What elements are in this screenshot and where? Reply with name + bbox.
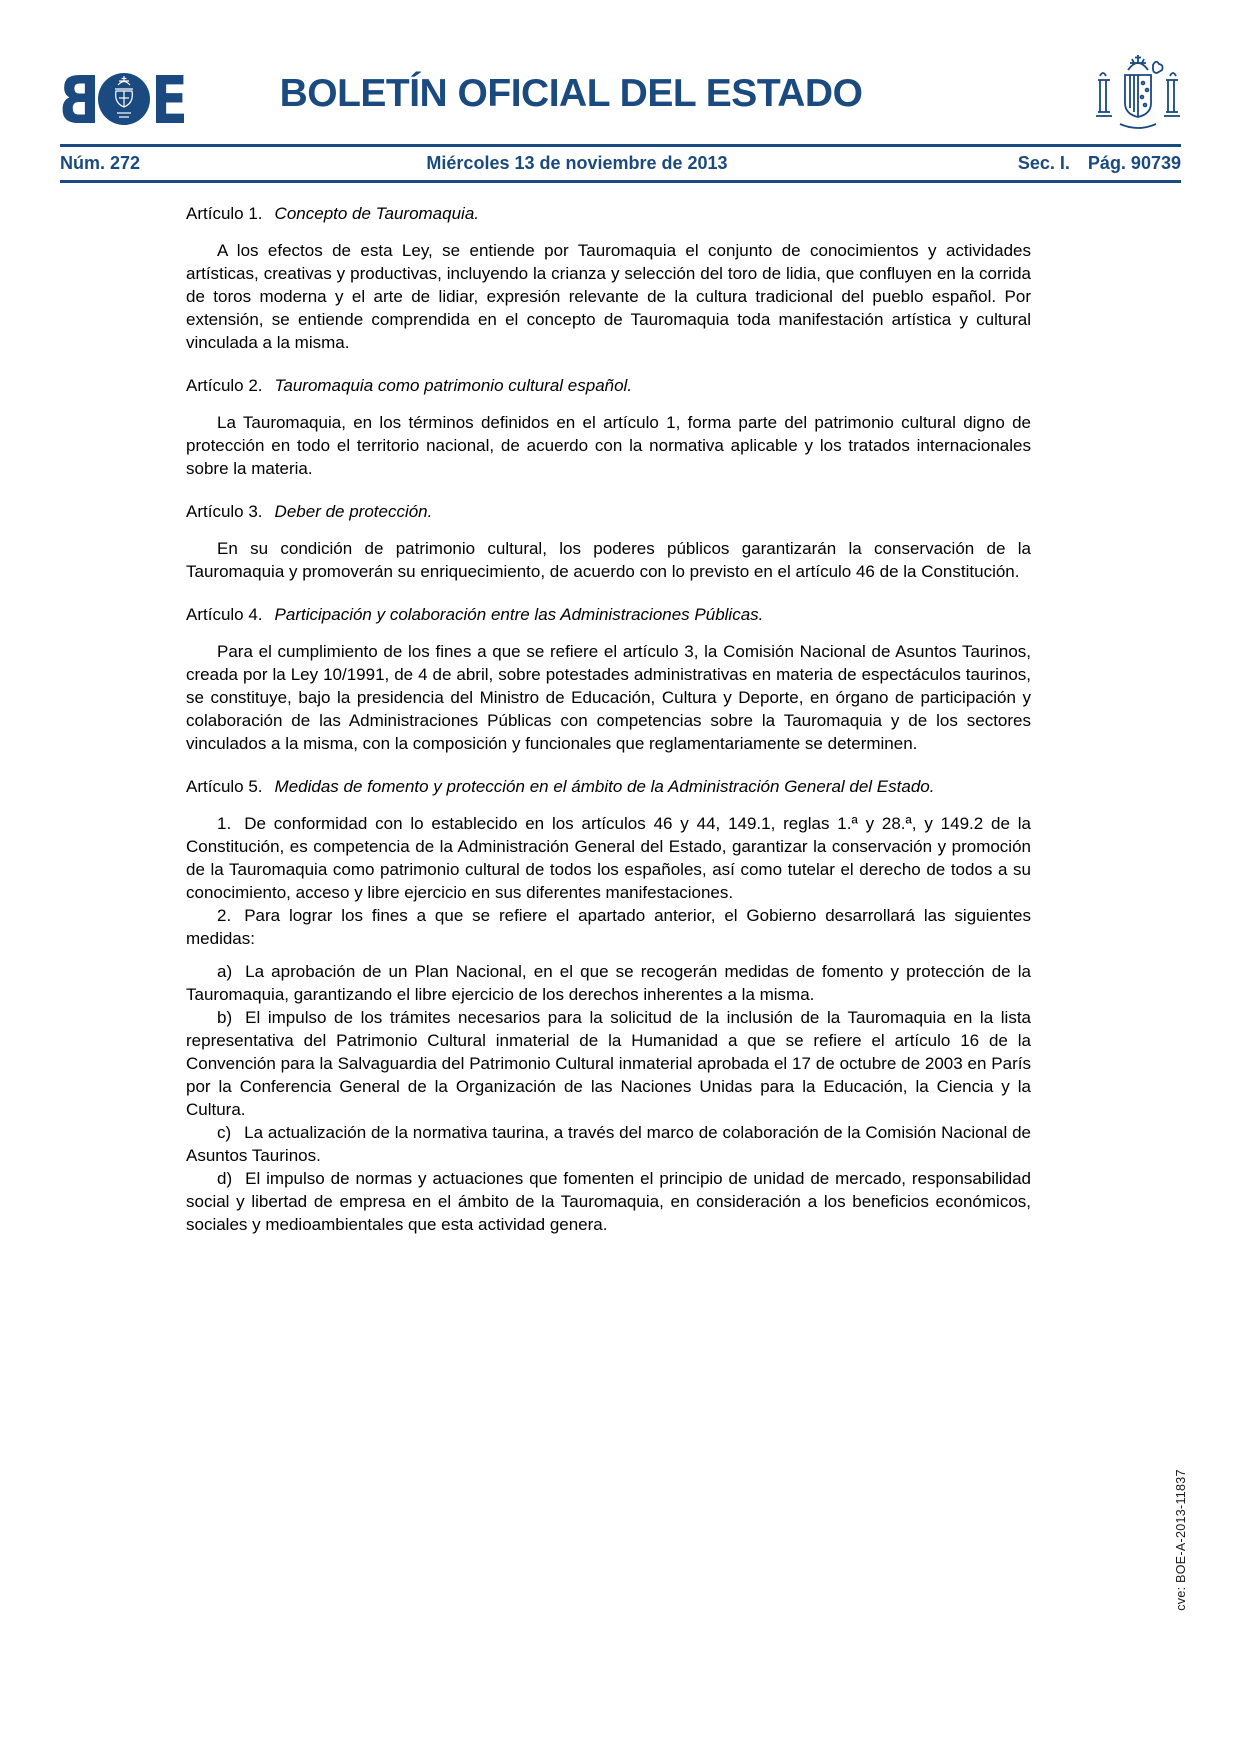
article-heading: Artículo 1.Concepto de Tauromaquia. xyxy=(186,202,1031,225)
masthead: B E BOLETÍN OFICIAL DEL ESTADO xyxy=(0,0,1240,190)
article-4: Artículo 4.Participación y colaboración … xyxy=(186,603,1031,755)
article-2: Artículo 2.Tauromaquia como patrimonio c… xyxy=(186,374,1031,480)
article-heading: Artículo 3.Deber de protección. xyxy=(186,500,1031,523)
spain-coat-of-arms-icon xyxy=(1090,52,1186,136)
lettered-paragraph-a: a)La aprobación de un Plan Nacional, en … xyxy=(186,960,1031,1006)
paragraph-label: 1. xyxy=(217,814,231,833)
header-rule-top xyxy=(60,144,1181,147)
article-heading: Artículo 4.Participación y colaboración … xyxy=(186,603,1031,626)
article-number: Artículo 3. xyxy=(186,502,263,521)
paragraph-text: El impulso de normas y actuaciones que f… xyxy=(186,1169,1031,1234)
issue-date: Miércoles 13 de noviembre de 2013 xyxy=(426,149,727,178)
article-5: Artículo 5.Medidas de fomento y protecci… xyxy=(186,775,1031,1236)
cve-code: cve: BOE-A-2013-11837 xyxy=(1174,1460,1188,1620)
lettered-paragraph-d: d)El impulso de normas y actuaciones que… xyxy=(186,1167,1031,1236)
section-label: Sec. I. xyxy=(1018,153,1070,173)
article-heading: Artículo 5.Medidas de fomento y protecci… xyxy=(186,775,1031,798)
article-title: Deber de protección. xyxy=(275,502,433,521)
paragraph-label: a) xyxy=(217,962,232,981)
paragraph: A los efectos de esta Ley, se entiende p… xyxy=(186,239,1031,354)
document-body: Artículo 1.Concepto de Tauromaquia. A lo… xyxy=(186,202,1031,1236)
paragraph-label: c) xyxy=(217,1123,231,1142)
page-number: Pág. 90739 xyxy=(1088,153,1181,173)
boe-document-page: B E BOLETÍN OFICIAL DEL ESTADO xyxy=(0,0,1240,1754)
paragraph-label: 2. xyxy=(217,906,231,925)
paragraph-text: Para lograr los fines a que se refiere e… xyxy=(186,906,1031,948)
numbered-paragraph-2: 2.Para lograr los fines a que se refiere… xyxy=(186,904,1031,950)
section-page: Sec. I.Pág. 90739 xyxy=(1018,149,1181,178)
article-title: Participación y colaboración entre las A… xyxy=(275,605,764,624)
paragraph-text: La aprobación de un Plan Nacional, en el… xyxy=(186,962,1031,1004)
article-number: Artículo 1. xyxy=(186,204,263,223)
paragraph: Para el cumplimiento de los fines a que … xyxy=(186,640,1031,755)
article-title: Concepto de Tauromaquia. xyxy=(275,204,479,223)
article-number: Artículo 4. xyxy=(186,605,263,624)
paragraph: En su condición de patrimonio cultural, … xyxy=(186,537,1031,583)
lettered-paragraph-c: c)La actualización de la normativa tauri… xyxy=(186,1121,1031,1167)
masthead-title: BOLETÍN OFICIAL DEL ESTADO xyxy=(0,72,1142,116)
lettered-paragraph-b: b)El impulso de los trámites necesarios … xyxy=(186,1006,1031,1121)
article-number: Artículo 2. xyxy=(186,376,263,395)
article-heading: Artículo 2.Tauromaquia como patrimonio c… xyxy=(186,374,1031,397)
article-title: Medidas de fomento y protección en el ám… xyxy=(275,777,935,796)
paragraph-text: El impulso de los trámites necesarios pa… xyxy=(186,1008,1031,1119)
article-1: Artículo 1.Concepto de Tauromaquia. A lo… xyxy=(186,202,1031,354)
paragraph: La Tauromaquia, en los términos definido… xyxy=(186,411,1031,480)
paragraph-text: La actualización de la normativa taurina… xyxy=(186,1123,1031,1165)
paragraph-label: d) xyxy=(217,1169,232,1188)
article-3: Artículo 3.Deber de protección. En su co… xyxy=(186,500,1031,583)
paragraph-label: b) xyxy=(217,1008,232,1027)
issue-number: Núm. 272 xyxy=(60,149,140,178)
paragraph-text: De conformidad con lo establecido en los… xyxy=(186,814,1031,902)
article-number: Artículo 5. xyxy=(186,777,263,796)
numbered-paragraph-1: 1.De conformidad con lo establecido en l… xyxy=(186,812,1031,904)
header-meta-row: Núm. 272 Miércoles 13 de noviembre de 20… xyxy=(60,149,1181,178)
header-rule-bottom xyxy=(60,180,1181,183)
article-title: Tauromaquia como patrimonio cultural esp… xyxy=(275,376,633,395)
